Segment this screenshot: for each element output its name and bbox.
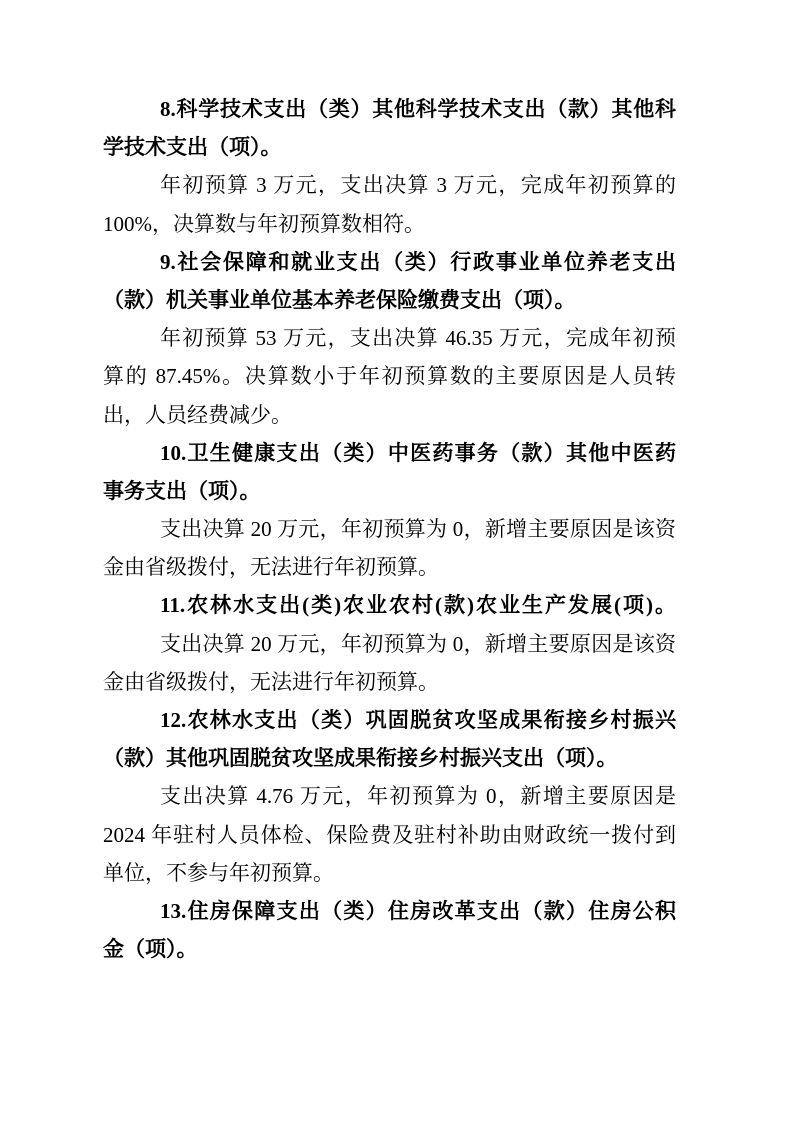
item-11-detail-line-1: 支出决算 20 万元，年初预算为 0，新增主要原因是该资 — [103, 625, 676, 663]
item-9-detail-line-1: 年初预算 53 万元，支出决算 46.35 万元，完成年初预 — [103, 319, 676, 357]
item-12-detail-line-2: 2024 年驻村人员体检、保险费及驻村补助由财政统一拨付到 — [103, 816, 676, 854]
item-8-heading-line-2: 学技术支出（项）。 — [103, 128, 676, 166]
document-page: 8.科学技术支出（类）其他科学技术支出（款）其他科学技术支出（项）。年初预算 3… — [0, 0, 793, 1122]
item-10-detail-line-2: 金由省级拨付，无法进行年初预算。 — [103, 548, 676, 586]
item-8-detail-line-2: 100%，决算数与年初预算数相符。 — [103, 205, 676, 243]
item-12-heading-line-2: （款）其他巩固脱贫攻坚成果衔接乡村振兴支出（项）。 — [103, 739, 676, 777]
page-body: 8.科学技术支出（类）其他科学技术支出（款）其他科学技术支出（项）。年初预算 3… — [103, 90, 676, 968]
item-11-heading-line-1: 11.农林水支出(类)农业农村(款)农业生产发展(项)。 — [103, 586, 676, 624]
item-10-heading-line-1: 10.卫生健康支出（类）中医药事务（款）其他中医药 — [103, 434, 676, 472]
item-9-detail-line-2: 算的 87.45%。决算数小于年初预算数的主要原因是人员转 — [103, 357, 676, 395]
item-13-heading-line-2: 金（项）。 — [103, 930, 676, 968]
item-9-heading-line-2: （款）机关事业单位基本养老保险缴费支出（项）。 — [103, 281, 676, 319]
item-12-detail-line-3: 单位，不参与年初预算。 — [103, 854, 676, 892]
item-8-heading-line-1: 8.科学技术支出（类）其他科学技术支出（款）其他科 — [103, 90, 676, 128]
item-12-detail-line-1: 支出决算 4.76 万元，年初预算为 0，新增主要原因是 — [103, 777, 676, 815]
item-11-detail-line-2: 金由省级拨付，无法进行年初预算。 — [103, 663, 676, 701]
item-9-heading-line-1: 9.社会保障和就业支出（类）行政事业单位养老支出 — [103, 243, 676, 281]
item-10-heading-line-2: 事务支出（项）。 — [103, 472, 676, 510]
item-9-detail-line-3: 出，人员经费减少。 — [103, 396, 676, 434]
item-13-heading-line-1: 13.住房保障支出（类）住房改革支出（款）住房公积 — [103, 892, 676, 930]
item-12-heading-line-1: 12.农林水支出（类）巩固脱贫攻坚成果衔接乡村振兴 — [103, 701, 676, 739]
item-10-detail-line-1: 支出决算 20 万元，年初预算为 0，新增主要原因是该资 — [103, 510, 676, 548]
item-8-detail-line-1: 年初预算 3 万元，支出决算 3 万元，完成年初预算的 — [103, 166, 676, 204]
